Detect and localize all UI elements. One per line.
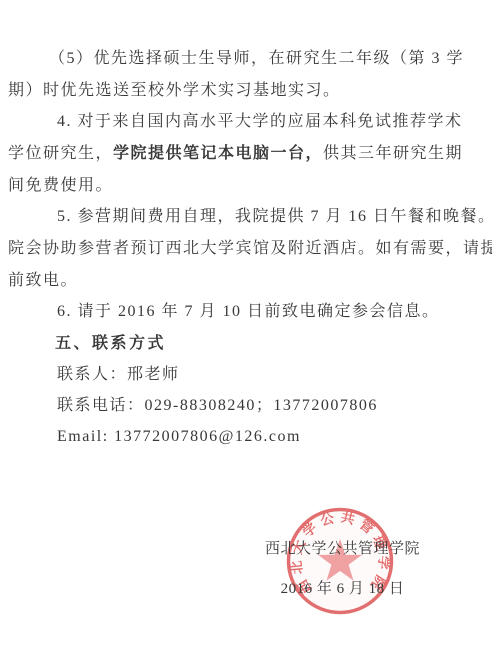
text-segment: 供其三年研究生期 <box>323 145 463 162</box>
official-seal: 西北大学公共管理学院 <box>270 491 411 632</box>
seal-graphic: 西北大学公共管理学院 <box>270 491 411 632</box>
contact-person-line: 联系人：邢老师 <box>57 365 180 385</box>
paragraph-line: 5. 参营期间费用自理，我院提供 7 月 16 日午餐和晚餐。我 <box>57 207 492 227</box>
paragraph-line: 4. 对于来自国内高水平大学的应届本科免试推荐学术 <box>57 112 463 132</box>
text-segment: 学位研究生， <box>8 145 113 162</box>
signature-organization: 西北大学公共管理学院 <box>200 537 485 558</box>
paragraph-line: （5）优先选择硕士生导师，在研究生二年级（第 3 学 <box>49 49 464 69</box>
contact-phone-line: 联系电话：029-88308240；13772007806 <box>57 396 378 416</box>
bold-text-segment: 学院提供笔记本电脑一台， <box>113 145 323 162</box>
paragraph-line: 前致电。 <box>8 271 78 291</box>
paragraph-line: 院会协助参营者预订西北大学宾馆及附近酒店。如有需要，请提 <box>8 239 492 259</box>
paragraph-line: 6. 请于 2016 年 7 月 10 日前致电确定参会信息。 <box>57 302 440 322</box>
paragraph-line: 期）时优先选送至校外学术实习基地实习。 <box>8 81 341 101</box>
signature-date: 2016 年 6 月 18 日 <box>200 577 485 598</box>
contact-heading: 五、联系方式 <box>55 334 166 354</box>
contact-email-line: Email: 13772007806@126.com <box>57 427 301 447</box>
paragraph-line: 学位研究生，学院提供笔记本电脑一台，供其三年研究生期 <box>8 144 463 164</box>
document-page: （5）优先选择硕士生导师，在研究生二年级（第 3 学 期）时优先选送至校外学术实… <box>0 0 492 666</box>
paragraph-line: 间免费使用。 <box>8 176 113 196</box>
